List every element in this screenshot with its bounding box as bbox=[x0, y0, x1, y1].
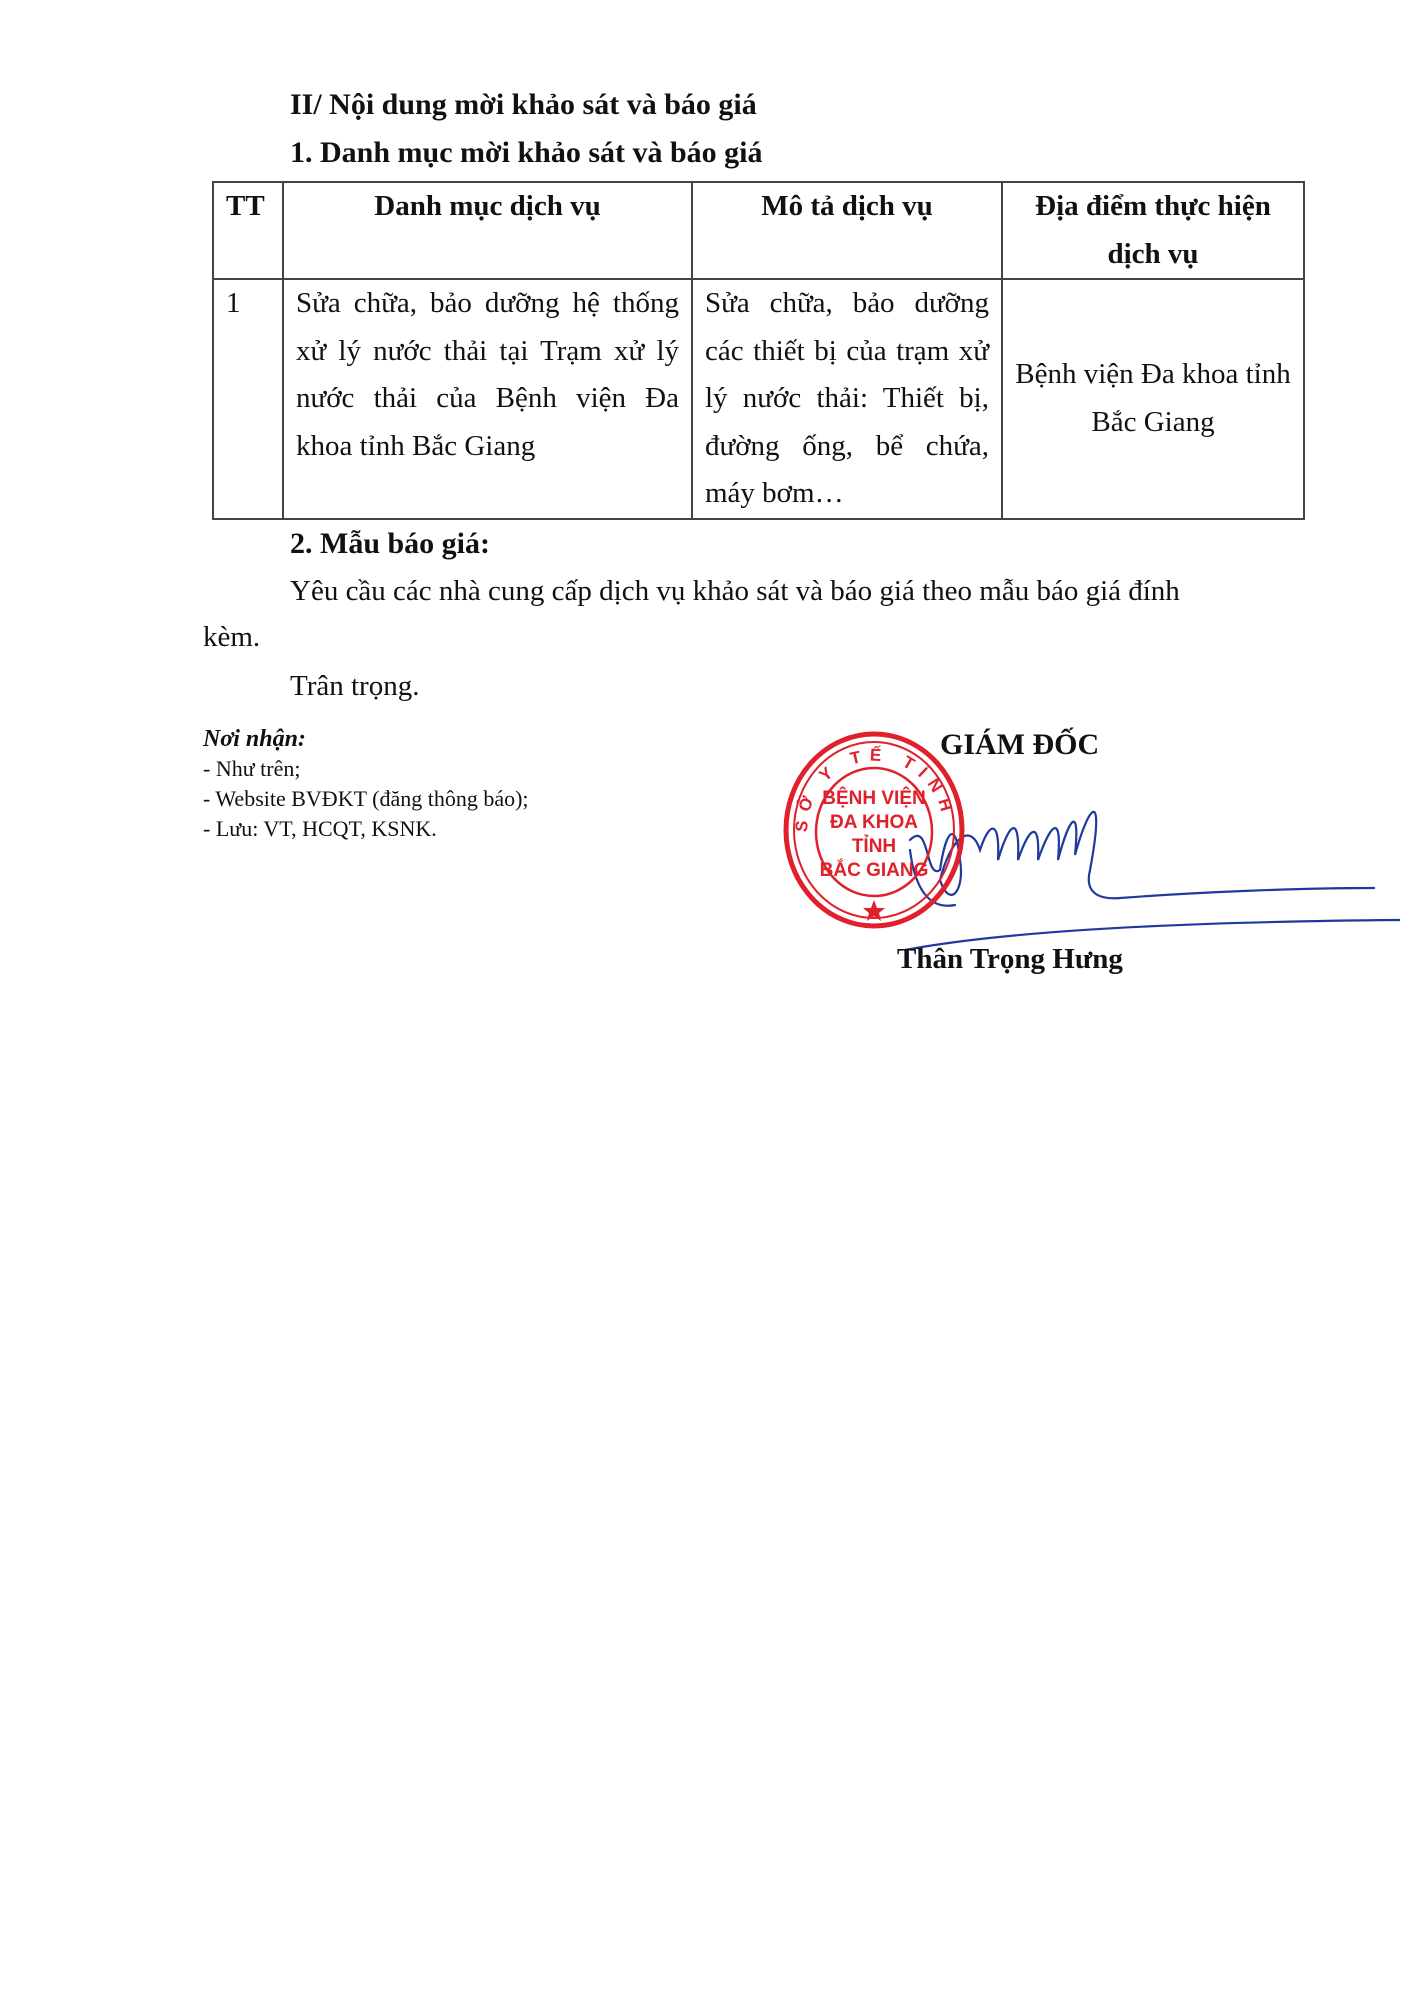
request-text-line2: kèm. bbox=[203, 614, 260, 661]
header-description: Mô tả dịch vụ bbox=[692, 182, 1002, 279]
section-heading: II/ Nội dung mời khảo sát và báo giá bbox=[290, 82, 757, 128]
cell-location: Bệnh viện Đa khoa tỉnh Bắc Giang bbox=[1002, 279, 1304, 519]
cell-description: Sửa chữa, bảo dưỡng các thiết bị của trạ… bbox=[692, 279, 1002, 519]
list-heading: 1. Danh mục mời khảo sát và báo giá bbox=[290, 130, 763, 176]
svg-text:BỆNH VIỆN: BỆNH VIỆN bbox=[822, 787, 925, 809]
cell-tt: 1 bbox=[213, 279, 283, 519]
svg-text:ĐA KHOA: ĐA KHOA bbox=[830, 812, 918, 833]
recipients-title: Nơi nhận: bbox=[203, 724, 529, 754]
header-service: Danh mục dịch vụ bbox=[283, 182, 692, 279]
service-table: TT Danh mục dịch vụ Mô tả dịch vụ Địa đi… bbox=[212, 181, 1305, 520]
svg-text:TỈNH: TỈNH bbox=[852, 835, 896, 857]
recipient-item: - Lưu: VT, HCQT, KSNK. bbox=[203, 814, 529, 844]
recipient-item: - Website BVĐKT (đăng thông báo); bbox=[203, 784, 529, 814]
quote-template-heading: 2. Mẫu báo giá: bbox=[290, 521, 490, 567]
cell-service: Sửa chữa, bảo dưỡng hệ thống xử lý nước … bbox=[283, 279, 692, 519]
header-tt: TT bbox=[213, 182, 283, 279]
recipient-item: - Như trên; bbox=[203, 754, 529, 784]
table-header-row: TT Danh mục dịch vụ Mô tả dịch vụ Địa đi… bbox=[213, 182, 1304, 279]
closing-text: Trân trọng. bbox=[290, 663, 419, 710]
table-row: 1 Sửa chữa, bảo dưỡng hệ thống xử lý nướ… bbox=[213, 279, 1304, 519]
header-location: Địa điểm thực hiện dịch vụ bbox=[1002, 182, 1304, 279]
svg-text:BẮC GIANG: BẮC GIANG bbox=[820, 859, 929, 881]
recipients-block: Nơi nhận: - Như trên; - Website BVĐKT (đ… bbox=[203, 724, 529, 844]
signer-name: Thân Trọng Hưng bbox=[897, 943, 1123, 976]
request-text-line1: Yêu cầu các nhà cung cấp dịch vụ khảo sá… bbox=[290, 568, 1180, 615]
official-stamp: SỞ Y TẾ TỈNH BẮC GIANG BỆNH VIỆN ĐA KHOA… bbox=[778, 722, 968, 932]
